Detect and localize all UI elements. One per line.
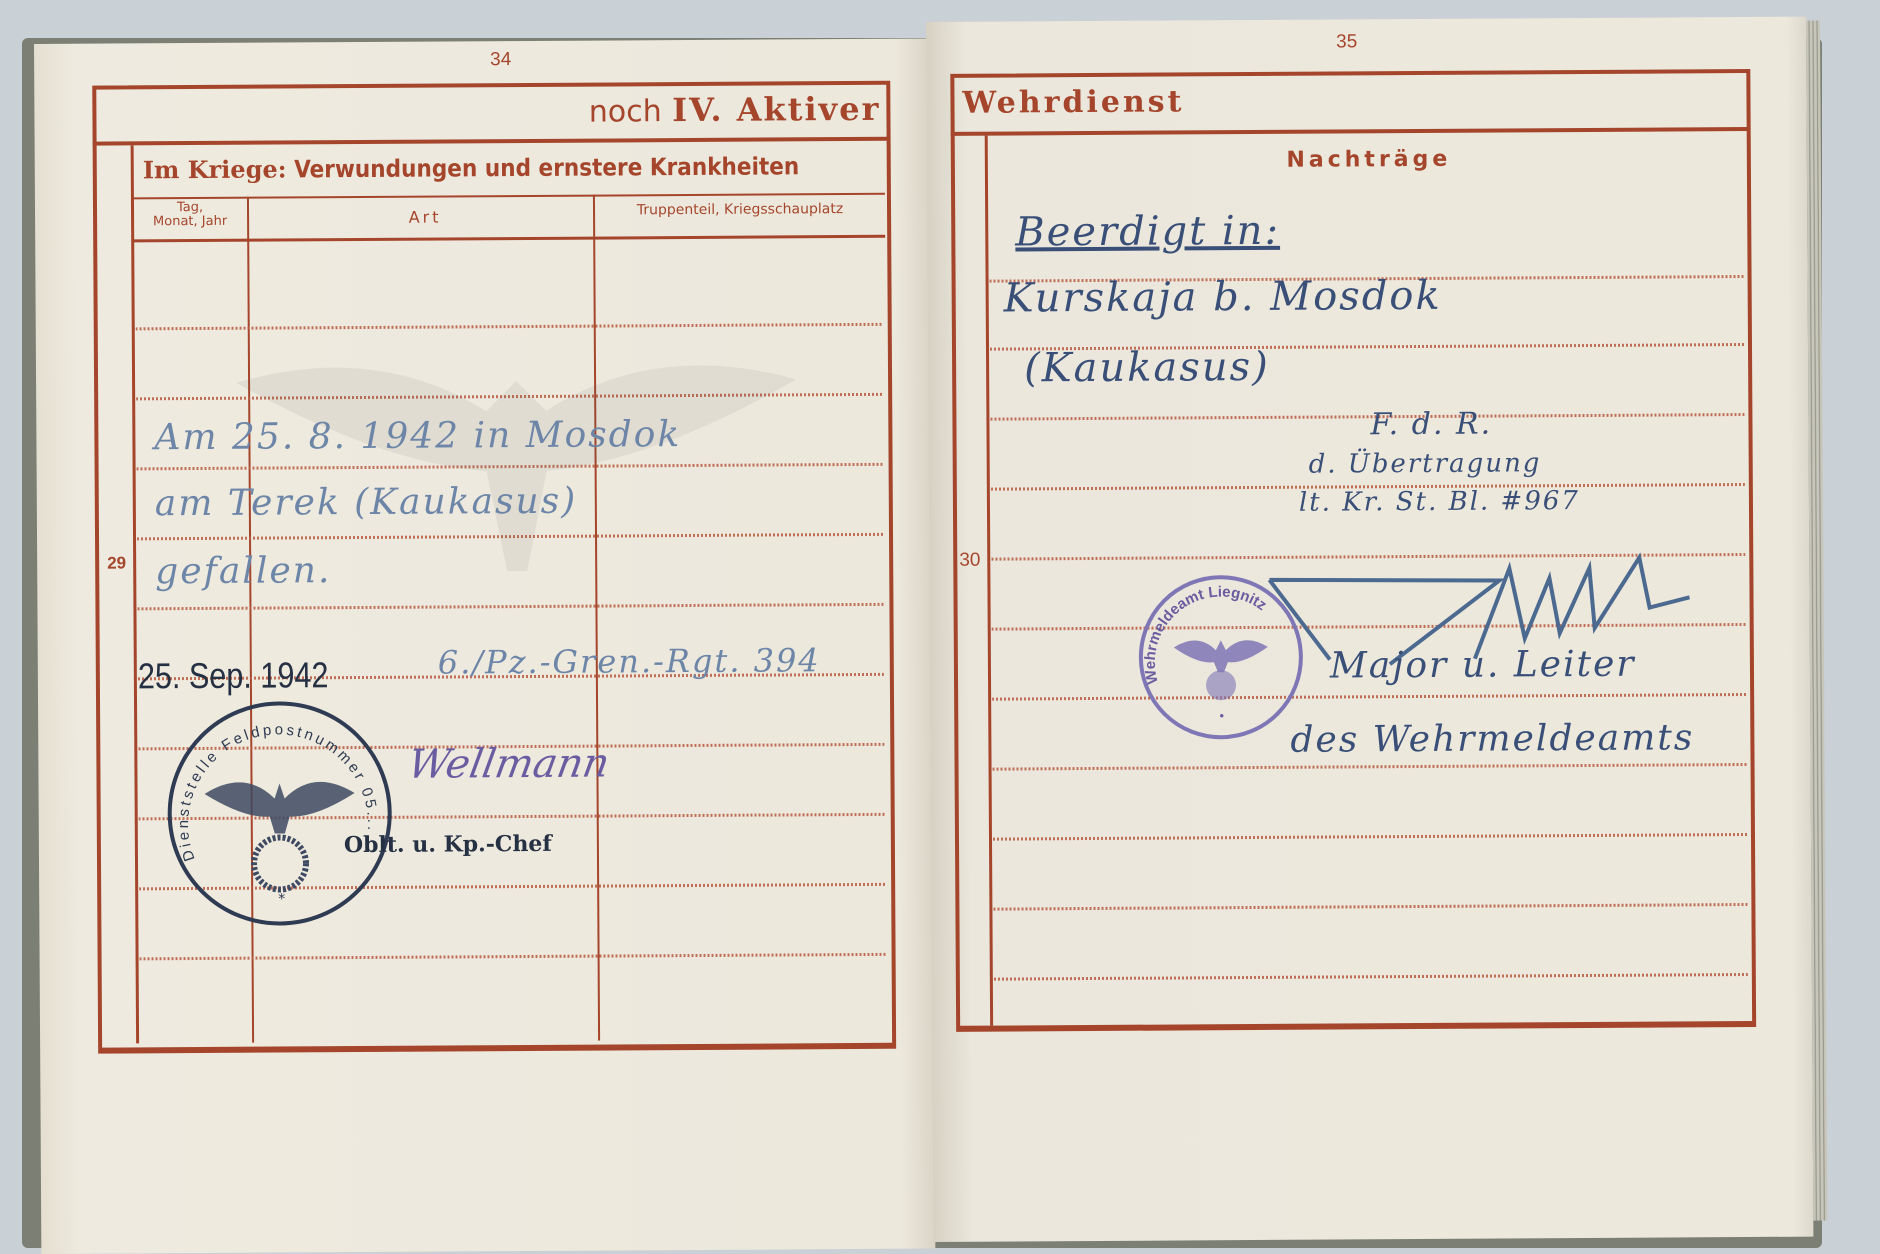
right-page: 35 Wehrdienst Nachträge 30 Beerdigt in: … bbox=[926, 17, 1813, 1242]
page-number: 35 bbox=[1336, 31, 1357, 53]
handwritten-line: Major u. Leiter bbox=[1330, 644, 1636, 687]
date-stamp: 25. Sep. 1942 bbox=[138, 654, 329, 697]
handwritten-line: Kurskaja b. Mosdok bbox=[1004, 273, 1442, 322]
handwritten-line: des Wehrmeldeamts bbox=[1290, 717, 1694, 760]
handwritten-line: am Terek (Kaukasus) bbox=[155, 481, 578, 525]
column-header-date: Tag, Monat, Jahr bbox=[135, 201, 245, 230]
left-page: 34 noch IV. Aktiver Im Kriege: Verwundun… bbox=[34, 39, 935, 1254]
header-prefix: noch bbox=[589, 94, 662, 129]
handwritten-line: d. Übertragung bbox=[1309, 448, 1542, 479]
eagle-emblem-icon: Dienststelle Feldpostnummer 05... * bbox=[164, 698, 395, 929]
section-title: Im Kriege: Verwundungen und ernstere Kra… bbox=[143, 151, 800, 184]
eagle-emblem-icon: Wehrmeldeamt Liegnitz • bbox=[1135, 572, 1306, 743]
unit-entry: 6./Pz.-Gren.-Rgt. 394 bbox=[438, 641, 821, 681]
page-header: noch IV. Aktiver bbox=[589, 89, 881, 130]
handwritten-line: Beerdigt in: bbox=[1015, 208, 1280, 256]
handwritten-line: (Kaukasus) bbox=[1024, 344, 1270, 391]
official-stamp: Dienststelle Feldpostnummer 05... * bbox=[164, 698, 395, 929]
section-title-bold: Im Kriege: bbox=[143, 154, 287, 184]
signature: Wellmann bbox=[404, 740, 612, 787]
handwritten-line: Am 25. 8. 1942 in Mosdok bbox=[154, 414, 681, 458]
handwritten-line: lt. Kr. St. Bl. #967 bbox=[1299, 486, 1580, 518]
column-header-type: Art bbox=[255, 207, 595, 228]
column-header-unit: Truppenteil, Kriegsschauplatz bbox=[595, 201, 885, 219]
margin-marker: 30 bbox=[959, 550, 980, 572]
page-edges bbox=[1806, 21, 1827, 1221]
handwritten-line: gefallen. bbox=[155, 550, 331, 592]
svg-text:Wehrmeldeamt Liegnitz: Wehrmeldeamt Liegnitz bbox=[1141, 583, 1270, 685]
official-stamp: Wehrmeldeamt Liegnitz • bbox=[1135, 572, 1306, 743]
section-title: Nachträge bbox=[989, 145, 1749, 175]
svg-text:*: * bbox=[278, 891, 285, 907]
margin-marker: 29 bbox=[107, 553, 126, 573]
signature-title: Oblt. u. Kp.-Chef bbox=[344, 831, 552, 858]
column-header-line: Monat, Jahr bbox=[135, 215, 245, 230]
section-title-rest: Verwundungen und ernstere Krankheiten bbox=[294, 152, 799, 183]
svg-text:•: • bbox=[1218, 709, 1225, 723]
page-header: Wehrdienst bbox=[962, 84, 1184, 120]
handwritten-line: F. d. R. bbox=[1370, 407, 1492, 443]
page-number: 34 bbox=[490, 49, 511, 71]
header-title: IV. Aktiver bbox=[672, 90, 880, 129]
